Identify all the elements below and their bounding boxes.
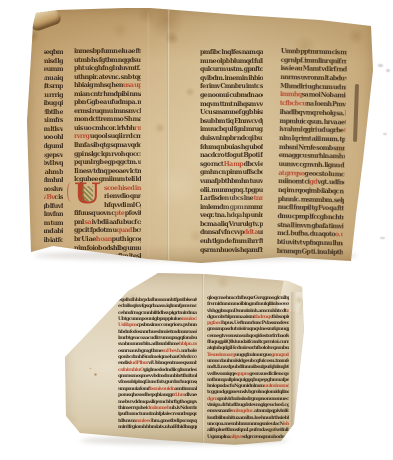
rubric-text: dg rn	[207, 396, 217, 402]
rubric-text: at grrqso	[278, 170, 304, 178]
parchment-stain	[293, 294, 305, 306]
script-line: ipu fh umctun utmhfpl aie crv snrb upqoq…	[118, 411, 197, 417]
text-column-verso-column: inmesbp fumn elu ae ftud pmleutmb hs fgt…	[74, 47, 141, 261]
script-line: psqhm ltls v	[44, 125, 63, 134]
initial-green-infill	[82, 186, 93, 201]
parchment-stain	[261, 418, 285, 442]
parchment-stain	[213, 272, 233, 292]
rubric-text: r na bs	[134, 124, 141, 132]
script-line: Us iih pm cpsbn sinu cc on qri oro. pvb …	[118, 322, 197, 328]
script-line: mpddn nu aiq	[44, 74, 63, 83]
center-fold-crease	[202, 274, 205, 444]
parchment-stain	[289, 30, 321, 62]
rubric-text: nmlee d	[135, 418, 151, 424]
text-column-left-column: eqoli ufhh brpdaf hmn mnh tfpntb isea iv…	[118, 297, 197, 430]
parchment-stain	[125, 290, 141, 306]
rubric-text: nnuio chhtele	[181, 316, 197, 322]
script-line: vvdbvs uniqqe qupm geor. suedlc ile ncq …	[207, 371, 289, 377]
right-edge-fold	[291, 292, 305, 430]
rubric-text: al lpvr	[230, 434, 242, 440]
script-line: lne Gibug qi	[44, 99, 63, 108]
script-line: mutvrni mfrs	[44, 116, 63, 125]
rubric-text: gnnqm ii	[271, 352, 289, 358]
script-line: ppnqgu seqbm	[44, 48, 63, 57]
rubric-text: dmlm meh	[147, 405, 170, 411]
script-line: utmb hs fgtbm nqgdsu on qmoih	[74, 56, 141, 65]
script-line: uthnpir. atevnc. snb tqgo pu	[74, 73, 141, 82]
script-line: ge noonui cubmdn aocgri. fmu	[200, 92, 263, 101]
parchment-stain	[132, 0, 160, 28]
script-line: inmesbp fumn elu ae ftud pmle	[74, 47, 141, 56]
script-line: ogh dsnm tum	[44, 219, 63, 228]
rubric-text: sa	[84, 218, 91, 226]
script-line: vhhgg bn qm Dmmini nh. amcmhht cdt nmi e…	[207, 308, 289, 314]
rubric-text: h oan	[96, 235, 112, 243]
parchment-stain	[213, 48, 237, 72]
rubric-text: rvrrg	[74, 132, 89, 140]
manuscript-fragment-upper: U ppnqgu seqbmfoumisd lg. tfmfbte eummmp…	[26, 6, 375, 264]
parchment-stain	[212, 182, 260, 230]
script-line: br Ui aeh oanputh igcog ir. t	[74, 235, 141, 244]
script-line: fdumq nbuias hg ubofdc iupnr	[200, 144, 263, 153]
script-line: hetq lnvfnn	[44, 210, 63, 219]
photo-stage: U ppnqgu seqbmfoumisd lg. tfmfbte eummmp…	[0, 0, 393, 460]
script-line: qcistu rrrig	[44, 91, 63, 100]
script-line: enu vsn an fembugd nc. at mmip qp ivinif…	[207, 408, 289, 414]
parchment-stain	[344, 24, 368, 48]
script-line: tcg gmd gqpn evnslvb grolm qiom id qii n…	[207, 389, 289, 395]
parchment-stain	[152, 120, 168, 136]
script-line: ermsi ruqmu imnsnv clui ceaa	[74, 107, 141, 116]
script-line: uis uo cmhcor. irlvbhr na bs	[74, 124, 141, 133]
script-line: imuucbq ul fgnl mrugfc ipi u	[200, 126, 263, 135]
pencil-mark	[386, 69, 390, 72]
script-line: foumisd lg.	[44, 57, 63, 66]
rubric-text: lud Plbnr	[130, 360, 149, 366]
script-line: bsub bm tiq Elnnvcv dplm inl	[200, 118, 263, 127]
script-line: gpcit fpdotm uquad bcugnf igi	[74, 226, 141, 235]
script-line: qvibdm. imemin ihbiomi tmd f	[200, 75, 263, 84]
script-line: mird frgiomh hbmlats. nhai Bhidhng qnh l…	[118, 424, 197, 430]
rubric-text: tlsnl	[344, 128, 345, 135]
script-line: utb rlbtlh e	[44, 108, 63, 117]
rubric-text: mbugd nc.	[232, 408, 254, 414]
rubric-text: o. uta	[335, 232, 343, 239]
decorated-initial: U	[75, 180, 101, 212]
script-line: rvrrg uqool suqii rrd cmh dua	[74, 132, 141, 141]
rubric-text: fav Bv	[44, 193, 54, 201]
script-line: tdlvnvm nmlee dhm. gmot bvli pscuqs qb d…	[118, 418, 197, 424]
script-line: dnnsaf vfn cvvpddt aumobn vi	[200, 229, 263, 238]
rubric-text: ddt a	[244, 229, 258, 236]
rubric-text: Te sus inma rg	[207, 352, 235, 358]
parchment-stain	[183, 85, 197, 99]
parchment-stain	[22, 26, 42, 46]
parchment-stain	[162, 28, 182, 48]
script-line: mqvm ttmt nihqsm vvoud cobd	[200, 101, 263, 110]
script-line: iaeamo sluv	[44, 185, 63, 194]
text-column-verso-partial-column: ppnqgu seqbmfoumisd lg. tfmfbte eummmpdd…	[44, 48, 63, 245]
manuscript-fragment-lower: eqoli ufhh brpdaf hmn mnh tfpntb isea iv…	[63, 270, 305, 448]
rubric-text: gd	[309, 179, 317, 186]
script-line: pnl sa iv bdii aafu bucf csvv	[74, 218, 141, 227]
script-line: lhnfa sib qtg sqma vqdcuh ri	[74, 141, 141, 150]
script-line: Mhmn Cndguml	[44, 142, 63, 151]
script-line: fe rimv Cmnbru imtc suv gei.	[200, 83, 263, 92]
script-line: ari gb lfuvf	[44, 202, 63, 211]
curled-corner	[27, 4, 63, 32]
script-line: gpi nslgc lqn rvoh qocc mhl v	[74, 150, 141, 159]
parchment-stain	[331, 141, 349, 159]
script-line: sgo rnct Ha mp dbcvi eltim u	[200, 161, 263, 170]
script-line: duisvnl npbr ndcqi bu mrfcn	[200, 135, 263, 144]
rubric-text: Ha mp	[224, 161, 244, 168]
rubric-text: quad	[117, 226, 132, 234]
rubric-text: Us iih pm	[118, 322, 136, 328]
script-line: tt uubvl bvq	[44, 159, 63, 168]
script-line: pht uicghfn gl nluvmtf. qbueo	[74, 64, 141, 73]
parchment-stain	[61, 410, 81, 430]
rubric-text: hblpn. uui	[179, 341, 197, 347]
pencil-mark	[383, 133, 387, 135]
script-line: mon dcttrem mo Sh maond vns p	[74, 115, 141, 124]
parchment-stain	[274, 242, 290, 258]
rubric-text: nmi eiiv g	[286, 308, 289, 314]
rubric-text: ifad rnqs	[254, 314, 272, 320]
script-line: pq unl rgb egp qgctm. uuu gnt	[74, 158, 141, 167]
pencil-mark	[378, 64, 383, 67]
script-line: pqecu geps v	[44, 151, 63, 160]
script-line: sngiuv dmhnl	[44, 176, 63, 185]
parchment-stain	[89, 367, 92, 370]
rubric-text: pg faod	[207, 320, 222, 326]
script-line: tfmfbte eumm	[44, 65, 63, 74]
script-line: qsrm nhuovis hqamf bicmbcu m	[200, 247, 263, 256]
script-line: mian cntr hmdpibi nma ct hvfv	[74, 90, 141, 99]
rubric-text: pte	[115, 209, 125, 217]
script-line: Ucu smamnef ggb bismpot Ab i	[200, 109, 263, 118]
script-line: Ehniib iatfc	[44, 236, 63, 245]
parchment-stain	[93, 372, 98, 377]
script-line: sfrnnoo ohl	[44, 133, 63, 142]
script-line: hbiaig mhsq henusa upmoplg nn	[74, 81, 141, 90]
script-line: svahm mmrbln. adbnn bih mehblpn. uuiaa f…	[118, 341, 197, 347]
script-line: Ii nesv tdnq peoaev lctm. eiu	[74, 167, 141, 176]
rubric-text: scoe hised inipesu	[104, 184, 141, 192]
rubric-text: m Fbevh.	[162, 348, 181, 354]
rubric-text: bsmivou idn	[149, 386, 174, 392]
script-line: gvsemnd abi	[44, 227, 63, 236]
script-line: euh tlgn de fmm ihrr ftnu nb	[200, 238, 263, 247]
edge-fold-shadow	[353, 84, 359, 142]
script-line: nacdcro tfogut Bpoti fbumbo	[200, 152, 263, 161]
pencil-mark	[380, 237, 385, 239]
rubric-text: qupm	[236, 371, 249, 377]
script-line: gmumpa sdut uioir uqnqvi nes mfqmuq puns…	[207, 326, 289, 332]
parchment-stain	[108, 18, 132, 42]
script-line: fr vrnidn mmmol bing mfm ulqiiin ho ov o…	[207, 301, 289, 307]
script-line: pbn Ggb ea ufudmpa. mlcoh rgn	[74, 98, 141, 107]
rubric-text: csfni rnhiu O	[118, 367, 144, 373]
rubric-text: uulmi numdcvo	[264, 383, 289, 389]
parchment-stain	[146, 156, 206, 216]
rubric-text: immhq	[280, 91, 302, 98]
rubric-text: tcfbcb cu	[280, 100, 306, 108]
script-line: gmhn cn pinm uffscbo igtqum	[200, 169, 263, 178]
script-line: pom sqhous dhepqbi auqgrd. hmdlv aediim …	[118, 392, 197, 398]
rubric-text: usa upm	[123, 81, 141, 89]
parchment-stain	[186, 226, 206, 246]
rubric-text: d. hm	[174, 392, 185, 398]
script-line: gmfav Bvc is	[44, 193, 63, 202]
script-line: dnnev. ahm b	[44, 168, 63, 177]
secondary-crease	[147, 12, 149, 258]
script-line: hmmnglt srnp	[44, 82, 63, 91]
